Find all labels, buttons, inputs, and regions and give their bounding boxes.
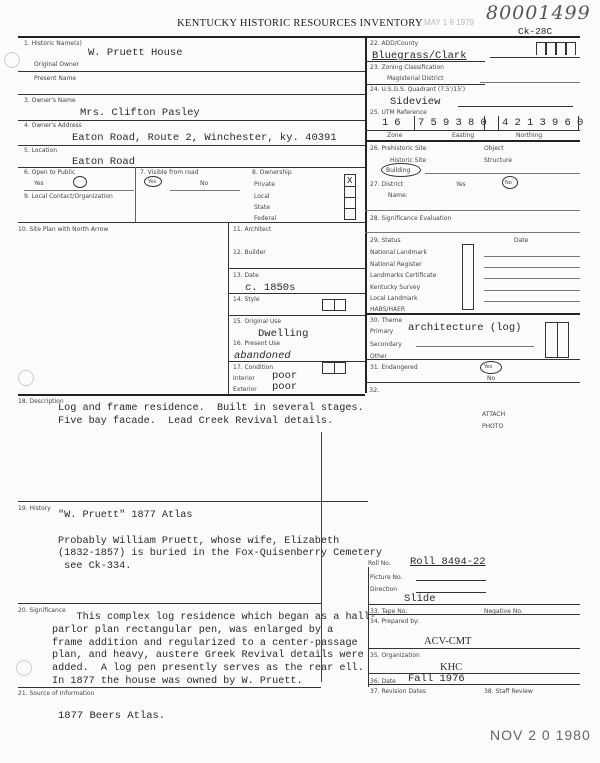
original-owner-label: Original Owner bbox=[34, 61, 79, 68]
utm-zone-label: Zone bbox=[387, 132, 402, 139]
open-to-public-label: 6. Open to Public bbox=[24, 169, 75, 176]
status-date-label: Date bbox=[514, 237, 528, 244]
site-plan-area bbox=[18, 234, 228, 394]
district-yes[interactable]: Yes bbox=[456, 181, 466, 188]
local-contact-label: 9. Local Contact/Organization bbox=[24, 193, 113, 200]
original-use-value[interactable]: Dwelling bbox=[258, 328, 308, 340]
ownership-local[interactable]: Local bbox=[254, 193, 270, 200]
open-to-public-yes[interactable]: Yes bbox=[34, 180, 44, 187]
historic-name-value[interactable]: W. Pruett House bbox=[88, 47, 183, 59]
visible-yes: Yes bbox=[148, 179, 156, 185]
source-value[interactable]: 1877 Beers Atlas. bbox=[58, 710, 165, 722]
punch-hole bbox=[18, 370, 34, 386]
picture-no-label: Picture No. bbox=[370, 574, 403, 581]
visible-no[interactable]: No bbox=[200, 180, 208, 187]
condition-label: 17. Condition bbox=[233, 364, 273, 371]
history-text[interactable]: "W. Pruett" 1877 Atlas Probably William … bbox=[58, 510, 382, 574]
exterior-condition-value[interactable]: poor bbox=[272, 381, 297, 393]
endangered-no[interactable]: No bbox=[487, 375, 495, 382]
punch-hole bbox=[4, 52, 20, 68]
ownership-private[interactable]: Private bbox=[254, 181, 275, 188]
style-label: 14. Style bbox=[233, 296, 260, 303]
handwritten-reference-number: 80001499 bbox=[486, 2, 591, 24]
zoning-label: 23. Zoning Classification bbox=[370, 64, 444, 71]
district-no[interactable]: No bbox=[505, 180, 512, 186]
utm-label: 25. UTM Reference bbox=[370, 109, 427, 116]
building-option[interactable]: Building bbox=[386, 167, 410, 174]
open-to-public-no-circle[interactable] bbox=[73, 176, 87, 188]
photo-label: PHOTO bbox=[482, 423, 503, 430]
site-plan-label: 10. Site Plan with North Arrow bbox=[18, 226, 108, 233]
status-national-landmark[interactable]: National Landmark bbox=[370, 249, 427, 256]
utm-easting-label: Easting bbox=[452, 132, 474, 139]
usgs-quad-label: 24. U.S.G.S. Quadrant (7.5'/15') bbox=[370, 86, 465, 93]
object-label[interactable]: Object bbox=[484, 145, 504, 152]
site-number-boxes bbox=[536, 42, 576, 56]
add-county-label: 22. ADD/County bbox=[370, 40, 418, 47]
owners-address-label: 4. Owner's Address bbox=[24, 122, 82, 129]
owners-name-label: 3. Owner's Name bbox=[24, 97, 76, 104]
revision-dates-label: 37. Revision Dates bbox=[370, 688, 426, 695]
owners-name-value[interactable]: Mrs. Clifton Pasley bbox=[80, 107, 200, 119]
theme-primary-value[interactable]: architecture (log) bbox=[408, 322, 521, 334]
owners-address-value[interactable]: Eaton Road, Route 2, Winchester, ky. 403… bbox=[72, 132, 337, 144]
visible-from-road-label: 7. Visible from road bbox=[140, 169, 199, 176]
ownership-label: 8. Ownership bbox=[252, 169, 292, 176]
description-label: 18. Description bbox=[18, 398, 64, 405]
utm-easting-value[interactable]: 759380 bbox=[418, 117, 493, 129]
magisterial-district-label: Magisterial District bbox=[387, 75, 443, 82]
status-habs-haer[interactable]: HABS/HAER bbox=[370, 306, 405, 313]
district-label: 27. District bbox=[370, 181, 403, 188]
present-name-label: Present Name bbox=[34, 75, 76, 82]
status-local-landmark[interactable]: Local Landmark bbox=[370, 295, 418, 302]
theme-secondary-label: Secondary bbox=[370, 341, 402, 348]
historic-name-label: 1. Historic Name(s) bbox=[24, 40, 82, 47]
status-label: 29. Status bbox=[370, 237, 401, 244]
status-kentucky-survey[interactable]: Kentucky Survey bbox=[370, 284, 420, 291]
prepared-by-value[interactable]: ACV-CMT bbox=[424, 636, 471, 647]
exterior-label: Exterior bbox=[233, 386, 257, 393]
attach-label: ATTACH bbox=[482, 411, 505, 418]
original-use-label: 15. Original Use bbox=[233, 318, 281, 325]
significance-evaluation-label: 28. Significance Evaluation bbox=[370, 215, 451, 222]
prepared-by-label: 34. Prepared by: bbox=[370, 618, 419, 625]
usgs-quad-value[interactable]: Sideview bbox=[390, 96, 440, 108]
received-date-stamp: MAY 1 8 1979 bbox=[424, 18, 474, 27]
endangered-label: 31. Endangered bbox=[370, 364, 418, 371]
theme-primary-label: Primary bbox=[370, 328, 393, 335]
date-label: 13. Date bbox=[233, 272, 259, 279]
endangered-yes[interactable]: Yes bbox=[484, 364, 492, 370]
prehistoric-site-label[interactable]: 26. Prehistoric Site bbox=[370, 145, 426, 152]
present-use-label: 16. Present Use bbox=[233, 340, 280, 347]
builder-label: 12. Builder bbox=[233, 249, 266, 256]
staff-review-label: 38. Staff Review bbox=[484, 688, 533, 695]
utm-northing-label: Northing bbox=[516, 132, 542, 139]
description-text[interactable]: Log and frame residence. Built in severa… bbox=[58, 403, 364, 429]
direction-label: Direction bbox=[370, 586, 397, 593]
significance-text[interactable]: This complex log residence which began a… bbox=[52, 612, 376, 689]
interior-label: Interior bbox=[233, 375, 255, 382]
district-name-label: Name: bbox=[388, 192, 408, 199]
location-label: 5. Location bbox=[24, 147, 57, 154]
organization-label: 35. Organization bbox=[370, 652, 420, 659]
ownership-federal[interactable]: Federal bbox=[254, 215, 276, 222]
utm-zone-value[interactable]: 16 bbox=[382, 117, 407, 129]
roll-no-label: Roll No. bbox=[368, 560, 391, 567]
structure-label[interactable]: Structure bbox=[484, 157, 512, 164]
organization-value[interactable]: KHC bbox=[440, 662, 462, 673]
photo-section-label: 32. bbox=[369, 386, 379, 394]
architect-label: 11. Architect bbox=[233, 226, 271, 233]
ownership-private-check[interactable]: X bbox=[347, 176, 352, 185]
status-national-register[interactable]: National Register bbox=[370, 261, 422, 268]
utm-northing-value[interactable]: 4213960 bbox=[502, 117, 590, 129]
source-label: 21. Source of Information bbox=[18, 690, 94, 697]
review-date-stamp: NOV 2 0 1980 bbox=[490, 727, 591, 743]
status-landmarks-certificate[interactable]: Landmarks Certificate bbox=[370, 272, 436, 279]
theme-label: 30. Theme bbox=[370, 317, 402, 324]
ownership-state[interactable]: State bbox=[254, 204, 270, 211]
roll-no-value[interactable]: Roll 8494-22 bbox=[410, 556, 486, 568]
status-checkboxes bbox=[462, 244, 474, 310]
punch-hole bbox=[16, 660, 32, 676]
history-label: 19. History bbox=[18, 505, 51, 512]
